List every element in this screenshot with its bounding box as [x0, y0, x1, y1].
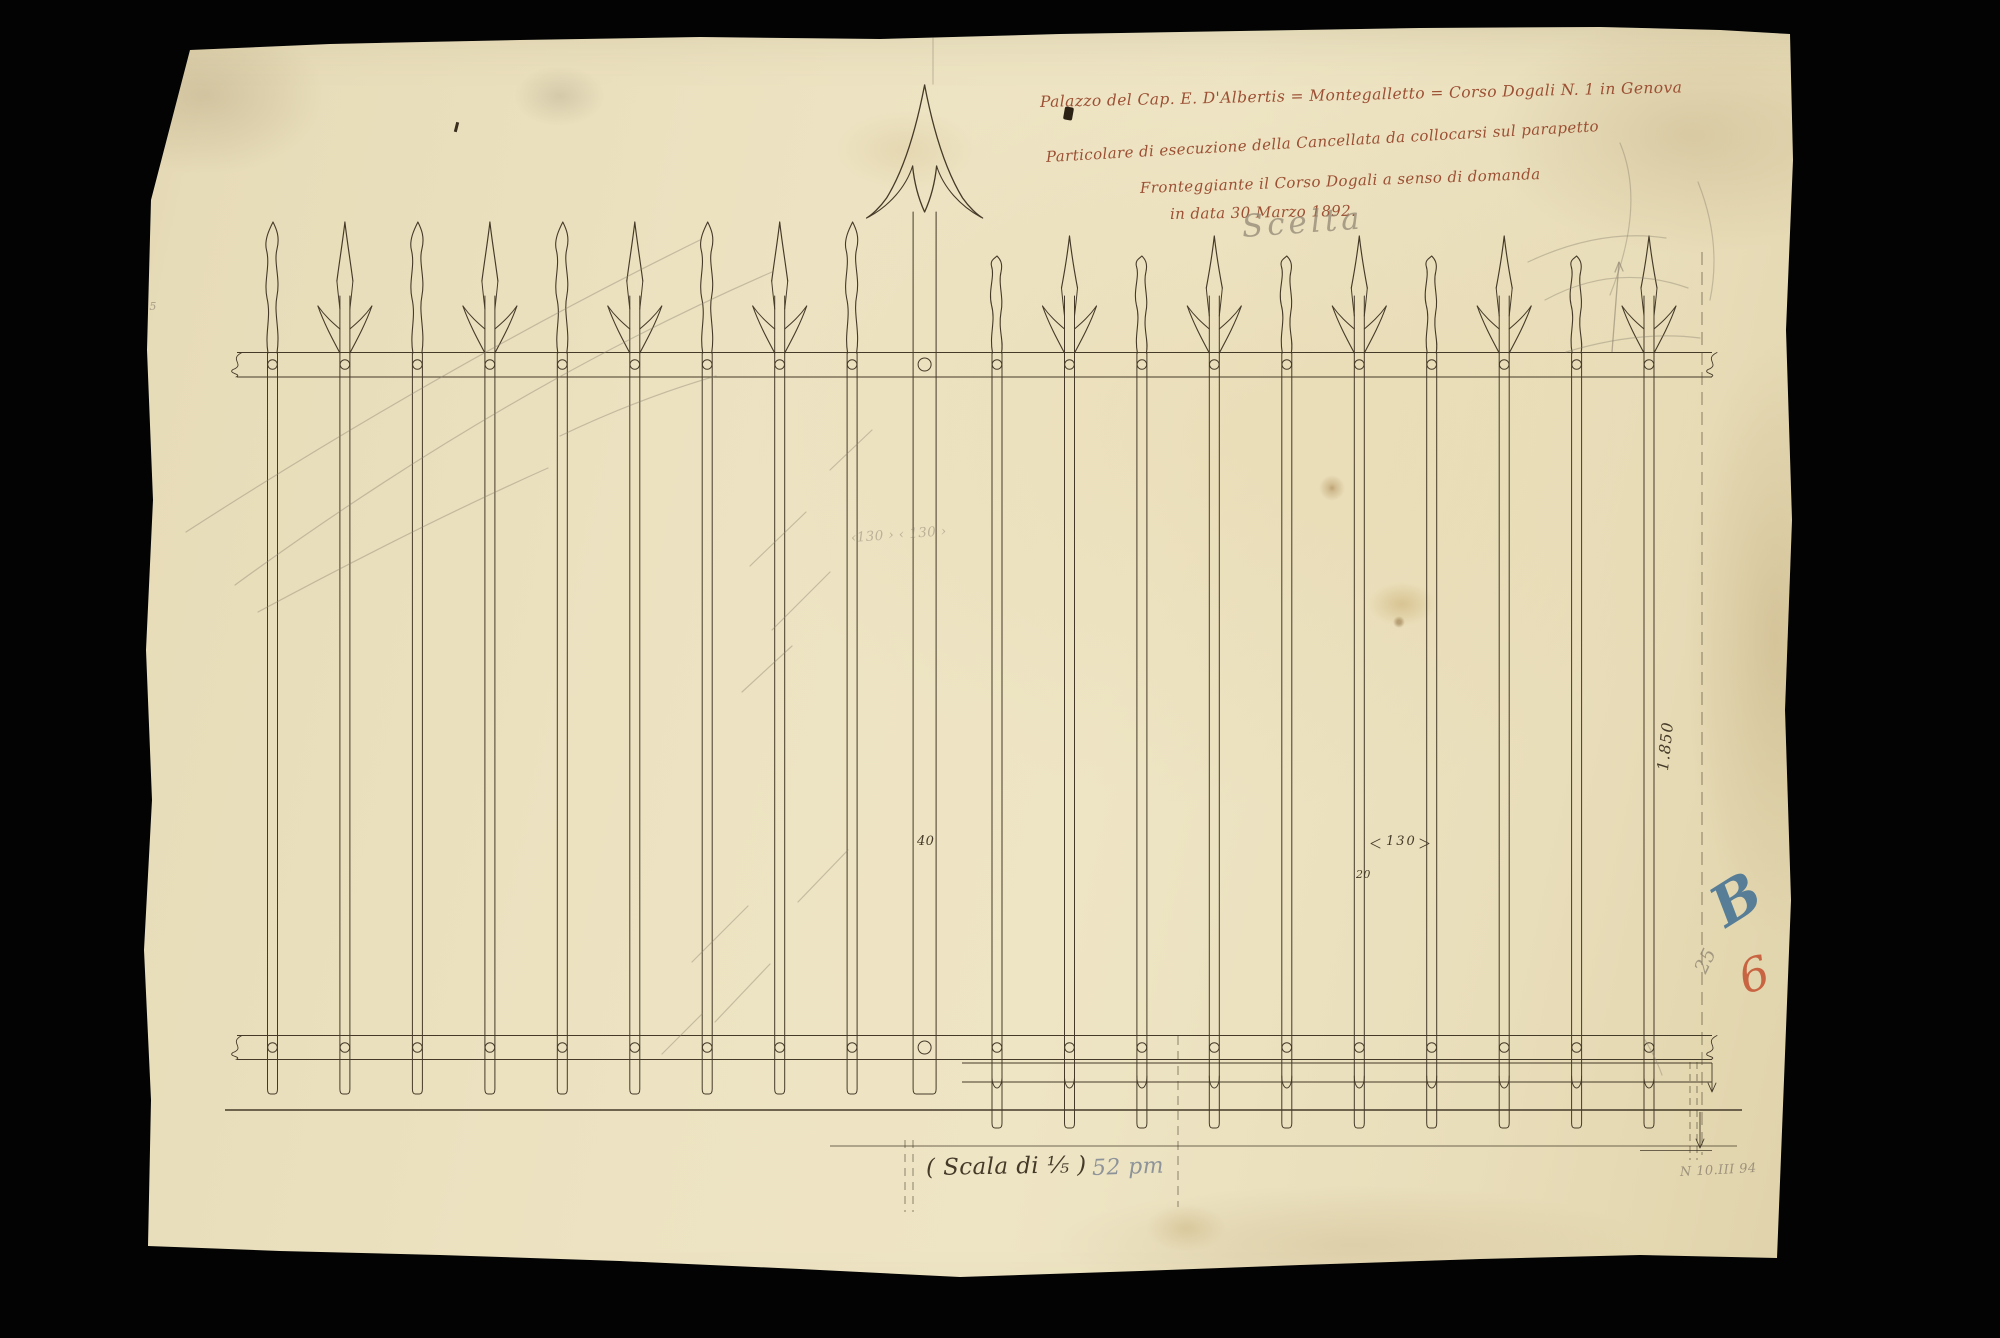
scale-pencil-note: 52 pm: [1092, 1155, 1165, 1179]
dimension-central-bar: 40: [917, 835, 934, 848]
date-note: N 10.III 94: [1680, 1162, 1757, 1179]
scale-note: ( Scala di ⅕ ): [926, 1154, 1087, 1180]
scan-background: Palazzo del Cap. E. D'Albertis = Montega…: [0, 0, 2000, 1338]
paper-sheet: Palazzo del Cap. E. D'Albertis = Montega…: [0, 0, 2000, 1338]
dimension-bar-spacing: 130: [1386, 835, 1417, 848]
pencil-note-scelta: Scelta: [1241, 204, 1365, 243]
dimension-small: 20: [1356, 869, 1371, 880]
edge-mark: 55: [142, 301, 157, 312]
fence-elevation-drawing: [0, 0, 2000, 1338]
